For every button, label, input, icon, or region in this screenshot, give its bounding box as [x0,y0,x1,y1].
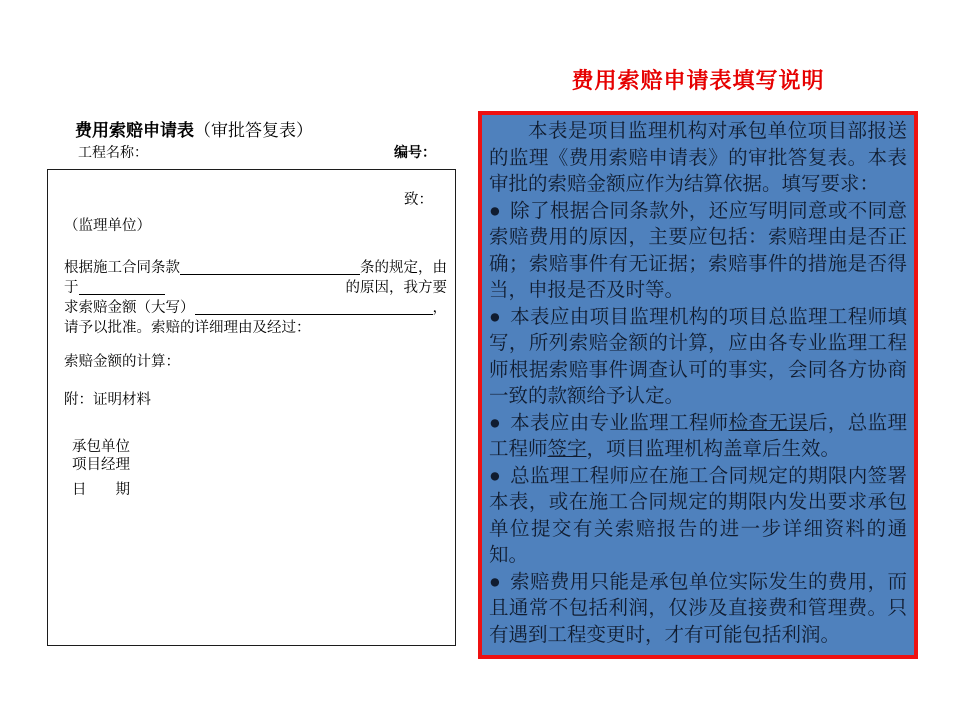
bullet-icon: ● [489,466,501,487]
underlined-text: 检查无误 [729,413,808,434]
amount-line-pre: 求索赔金额（大写） [64,298,195,318]
instructions-panel: 本表是项目监理机构对承包单位项目部报送的监理《费用索赔申请表》的审批答复表。本表… [478,111,918,659]
form-title: 费用索赔申请表（审批答复表） [75,116,313,141]
bullet-text: 本表应由项目监理机构的项目总监理工程师填写，所列索赔金额的计算，应由各专业监理工… [489,307,907,408]
bullet-text: 本表应由专业监理工程师 [510,413,728,434]
to-label: 致： [48,170,455,210]
reason-line: 于 的原因，我方要 [64,278,447,298]
bullet-text: 除了根据合同条款外，还应写明同意或不同意索赔费用的原因，主要应包括：索赔理由是否… [489,201,907,302]
contractor-label: 承包单位 [72,438,455,456]
bullet-icon: ● [489,307,501,328]
project-manager-label: 项目经理 [72,456,455,474]
bullet-text: ，项目监理机构盖章后生效。 [587,439,841,460]
amount-blank-line [195,300,433,315]
instruction-bullet: ●除了根据合同条款外，还应写明同意或不同意索赔费用的原因，主要应包括：索赔理由是… [489,199,907,305]
approve-line: 请予以批准。索赔的详细理由及经过： [64,318,447,338]
clause-blank-line [180,260,360,275]
underlined-text: 签字 [548,439,587,460]
clause-line-post: 条的规定，由 [360,258,447,278]
project-name-label: 工程名称： [78,142,148,162]
calc-label: 索赔金额的计算： [48,352,455,372]
bullet-icon: ● [489,413,501,434]
form-title-sub: （审批答复表） [194,121,313,140]
reason-blank-line [79,280,165,295]
form-title-main: 费用索赔申请表 [75,121,194,140]
instruction-bullet: ●本表应由专业监理工程师检查无误后，总监理工程师签字，项目监理机构盖章后生效。 [489,411,907,464]
amount-line-post: ， [433,298,448,318]
form-meta-row: 工程名称： 编号： [78,142,436,162]
clause-line: 根据施工合同条款 条的规定，由 [64,258,447,278]
bullet-icon: ● [489,572,501,593]
bullet-text: 总监理工程师应在施工合同规定的期限内签署本表，或在施工合同规定的期限内发出要求承… [489,466,907,567]
instruction-bullet: ●本表应由项目监理机构的项目总监理工程师填写，所列索赔金额的计算，应由各专业监理… [489,305,907,411]
bullet-text: 索赔费用只能是承包单位实际发生的费用，而且通常不包括利润，仅涉及直接费和管理费。… [489,572,907,646]
instruction-bullets: ●除了根据合同条款外，还应写明同意或不同意索赔费用的原因，主要应包括：索赔理由是… [489,199,907,650]
instructions-title: 费用索赔申请表填写说明 [478,64,918,95]
instruction-bullet: ●总监理工程师应在施工合同规定的期限内签署本表，或在施工合同规定的期限内发出要求… [489,464,907,570]
bullet-icon: ● [489,201,501,222]
amount-line: 求索赔金额（大写） ， [64,298,447,318]
clause-line-pre: 根据施工合同条款 [64,258,180,278]
signature-block: 承包单位 项目经理 日 期 [48,438,455,499]
date-label: 日 期 [72,481,455,499]
instructions-intro: 本表是项目监理机构对承包单位项目部报送的监理《费用索赔申请表》的审批答复表。本表… [489,119,907,199]
form-number-label: 编号： [394,142,436,162]
form-body-paragraph: 根据施工合同条款 条的规定，由 于 的原因，我方要 求索赔金额（大写） ， 请予… [48,258,455,338]
reason-line-pre: 于 [64,278,79,298]
instruction-bullet: ●索赔费用只能是承包单位实际发生的费用，而且通常不包括利润，仅涉及直接费和管理费… [489,570,907,650]
claim-form-box: 致： （监理单位） 根据施工合同条款 条的规定，由 于 的原因，我方要 求索赔金… [47,169,456,646]
reason-line-post: 的原因，我方要 [346,278,448,298]
attachment-label: 附：证明材料 [48,390,455,410]
supervisor-unit-label: （监理单位） [48,210,455,236]
